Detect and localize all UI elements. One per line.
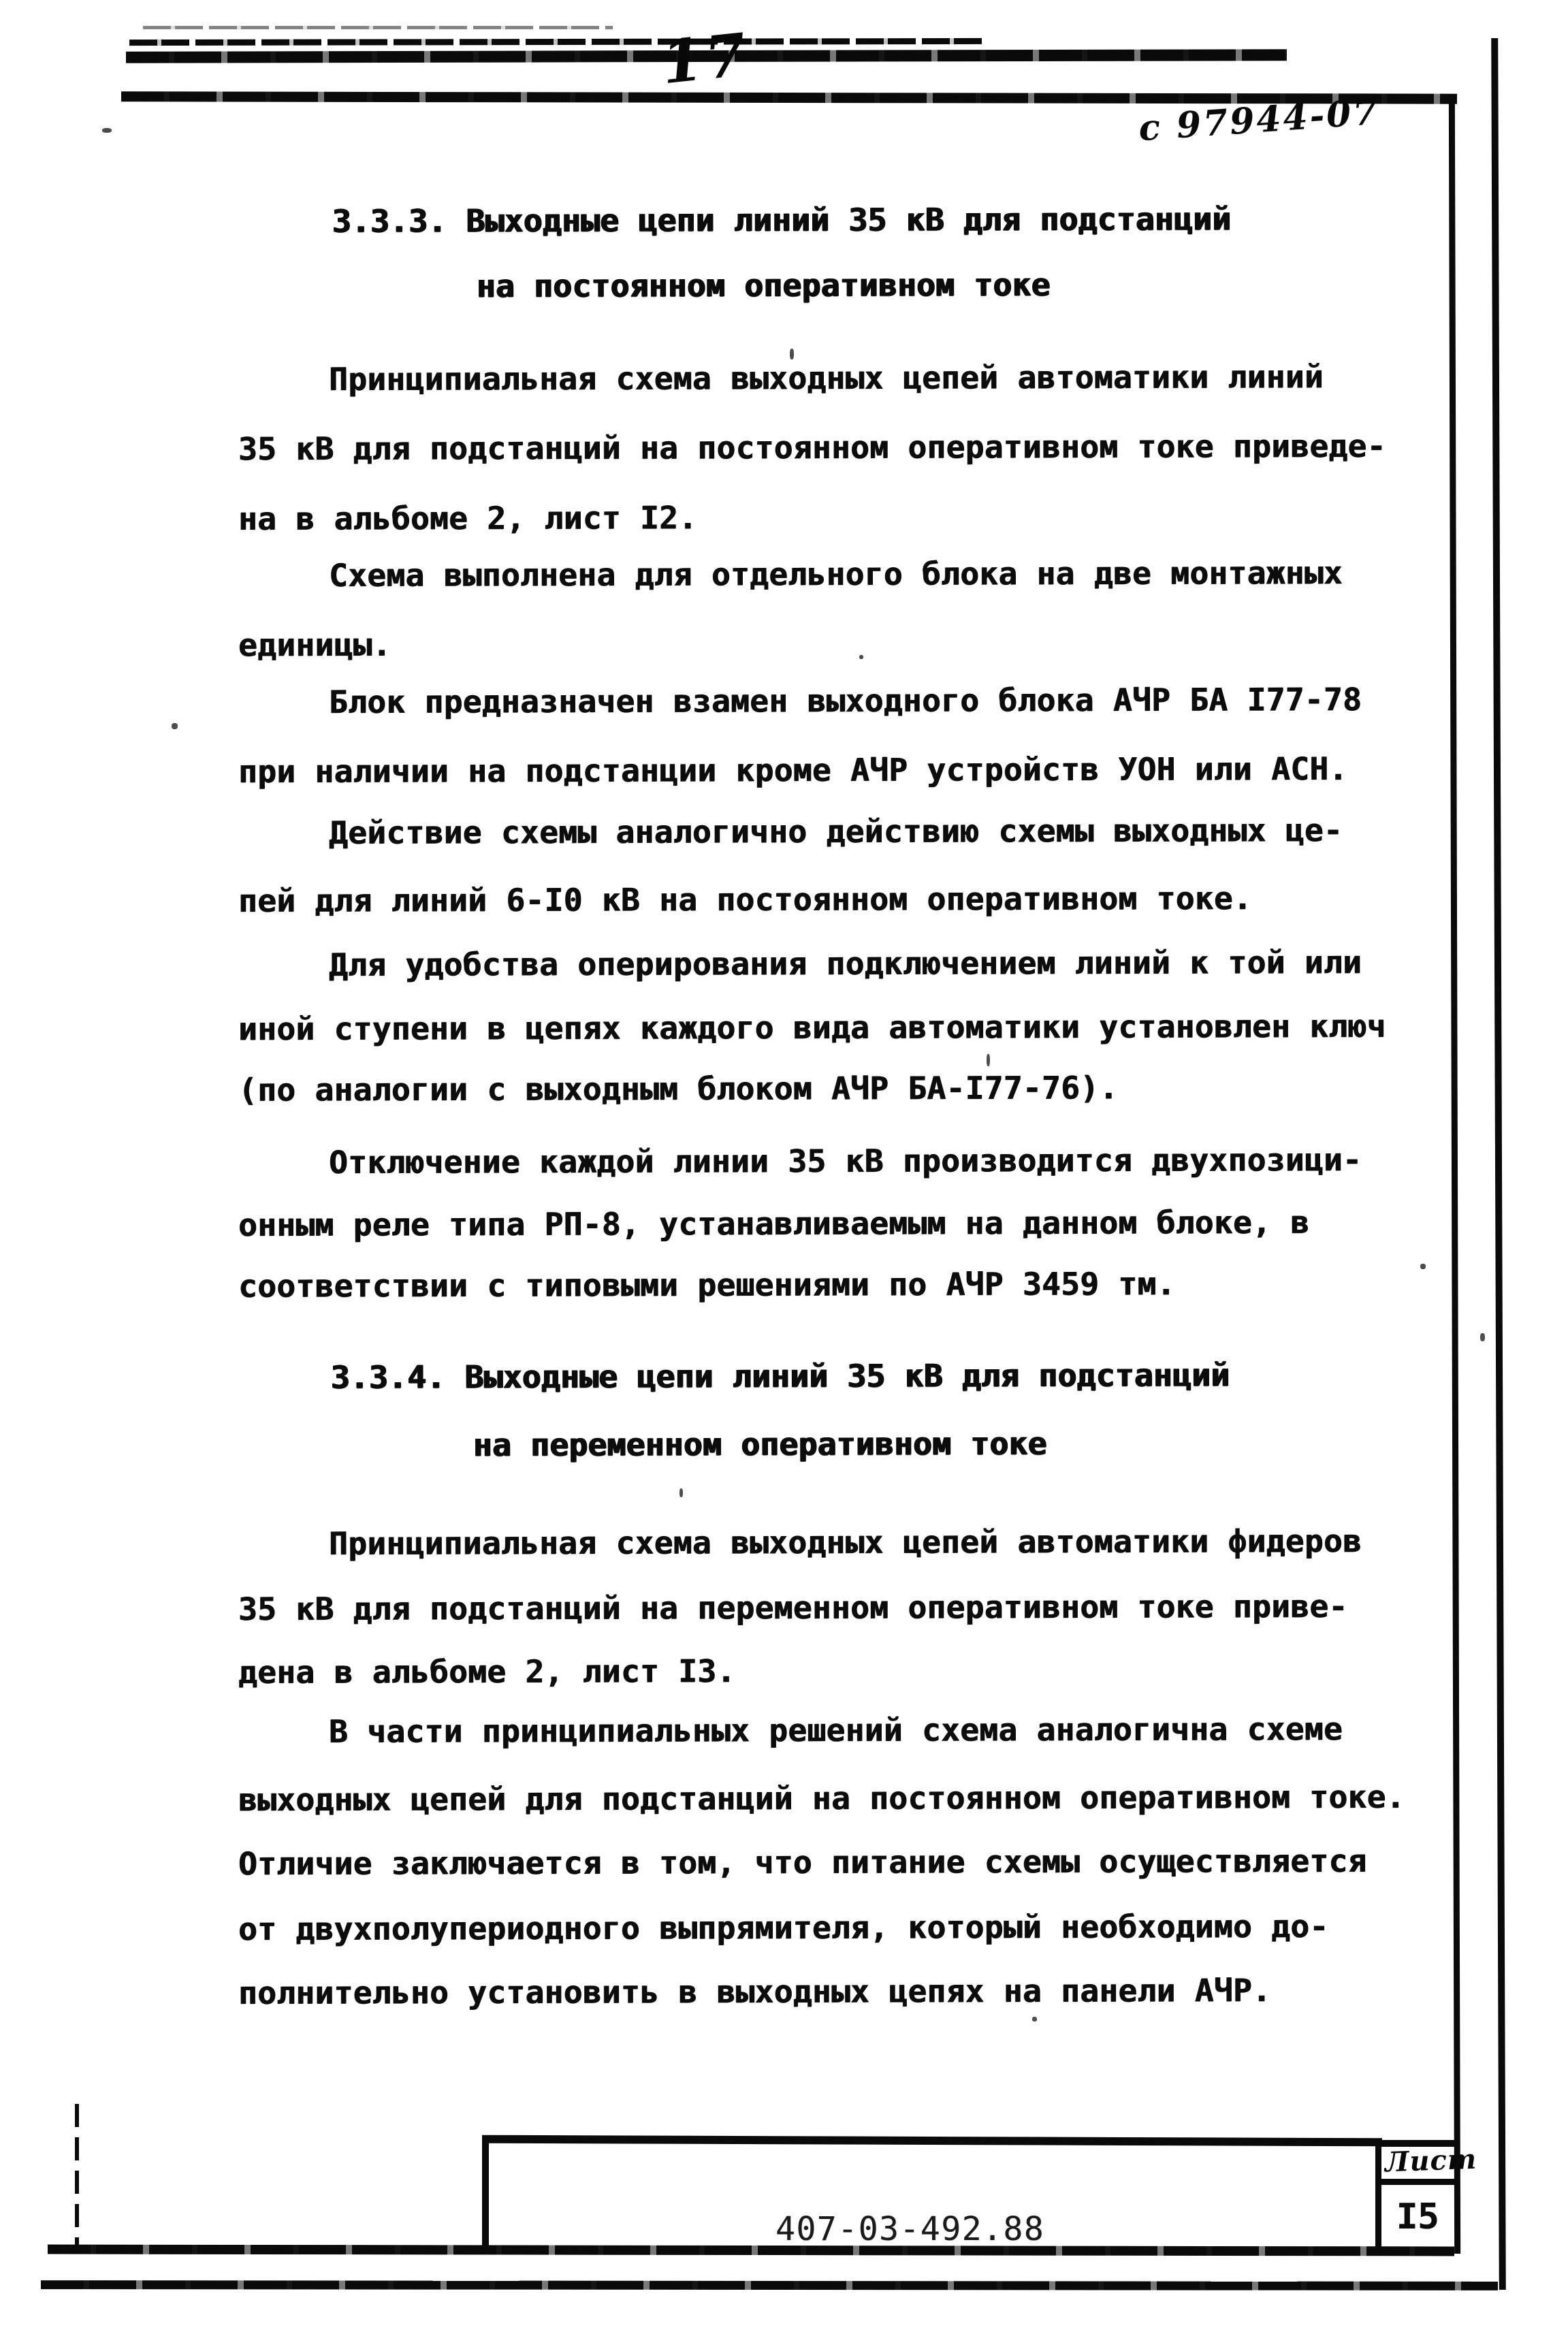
heading-3-3-4-line2: на переменном оперативном токе <box>473 1425 1047 1463</box>
paragraph-line: иной ступени в цепях каждого вида автома… <box>238 1008 1386 1047</box>
document-number: 407-03-492.88 <box>775 2210 1044 2248</box>
paragraph-line: 35 кВ для подстанций на постоянном опера… <box>238 428 1386 467</box>
paragraph-line: от двухполупериодного выпрямителя, котор… <box>238 1908 1329 1947</box>
paragraph-line: на в альбоме 2, лист I2. <box>238 499 697 537</box>
heading-3-3-3-line1: 3.3.3. Выходные цепи линий 35 кВ для под… <box>332 200 1232 239</box>
paragraph-line: Принципиальная схема выходных цепей авто… <box>329 1522 1362 1562</box>
sheet-cell-left-line <box>1375 2142 1381 2254</box>
scan-speck <box>172 723 178 729</box>
paragraph-line: онным реле типа РП-8, устанавливаемым на… <box>238 1204 1309 1243</box>
scan-speck <box>1032 2017 1037 2022</box>
bottom-left-margin-line <box>75 2104 79 2247</box>
paragraph-line: Действие схемы аналогично действию схемы… <box>329 812 1343 851</box>
scan-speck <box>679 1488 683 1497</box>
scanned-document-page: 17 с 97944-07 3.3.3. Выходные цепи линий… <box>0 0 1568 2332</box>
paragraph-line: Отличие заключается в том, что питание с… <box>238 1842 1367 1882</box>
right-border-inner <box>1449 95 1460 2254</box>
paragraph-line: пей для линий 6-I0 кВ на постоянном опер… <box>238 880 1252 919</box>
footer-box-top-line <box>482 2135 1382 2147</box>
top-edge-line-thin <box>129 38 984 46</box>
paragraph-line: Для удобства оперирования подключением л… <box>329 944 1362 983</box>
paragraph-line: дена в альбоме 2, лист I3. <box>238 1652 736 1691</box>
paragraph-line: выходных цепей для подстанций на постоян… <box>238 1778 1405 1818</box>
paragraph-line: 35 кВ для подстанций на переменном опера… <box>238 1588 1348 1627</box>
scan-speck <box>1480 1333 1485 1341</box>
paragraph-line: Блок предназначен взамен выходного блока… <box>329 681 1362 720</box>
paragraph-line: соответствии с типовыми решениями по АЧР… <box>238 1265 1176 1305</box>
paragraph-line: Схема выполнена для отдельного блока на … <box>329 554 1343 594</box>
paragraph-line: единицы. <box>238 626 391 664</box>
sheet-label: Лист <box>1384 2143 1477 2179</box>
footer-box-bottom-line <box>48 2245 1454 2256</box>
scan-speck <box>859 655 863 659</box>
heading-3-3-4-line1: 3.3.4. Выходные цепи линий 35 кВ для под… <box>331 1356 1230 1395</box>
paragraph-line: Принципиальная схема выходных цепей авто… <box>329 358 1324 398</box>
sheet-number: I5 <box>1386 2197 1449 2237</box>
footer-box-left-line <box>482 2137 489 2251</box>
handwritten-page-number: 17 <box>658 20 752 98</box>
right-border-outer <box>1491 38 1506 2290</box>
scan-speck <box>102 128 112 133</box>
scan-speck <box>1420 1264 1426 1269</box>
paragraph-line: (по аналогии с выходным блоком АЧР БА-I7… <box>238 1069 1118 1108</box>
paragraph-line: полнительно установить в выходных цепях … <box>238 1972 1271 2011</box>
page-bottom-edge-line <box>41 2280 1498 2290</box>
paragraph-line: В части принципиальных решений схема ана… <box>329 1710 1343 1750</box>
sheet-cell-divider-line <box>1375 2179 1456 2185</box>
paragraph-line: при наличии на подстанции кроме АЧР устр… <box>238 750 1348 790</box>
heading-3-3-3-line2: на постоянном оперативном токе <box>477 266 1051 304</box>
scan-speck <box>790 349 794 360</box>
paragraph-line: Отключение каждой линии 35 кВ производит… <box>329 1141 1362 1181</box>
top-edge-smudge-line <box>143 26 613 29</box>
scan-speck <box>987 1054 990 1066</box>
